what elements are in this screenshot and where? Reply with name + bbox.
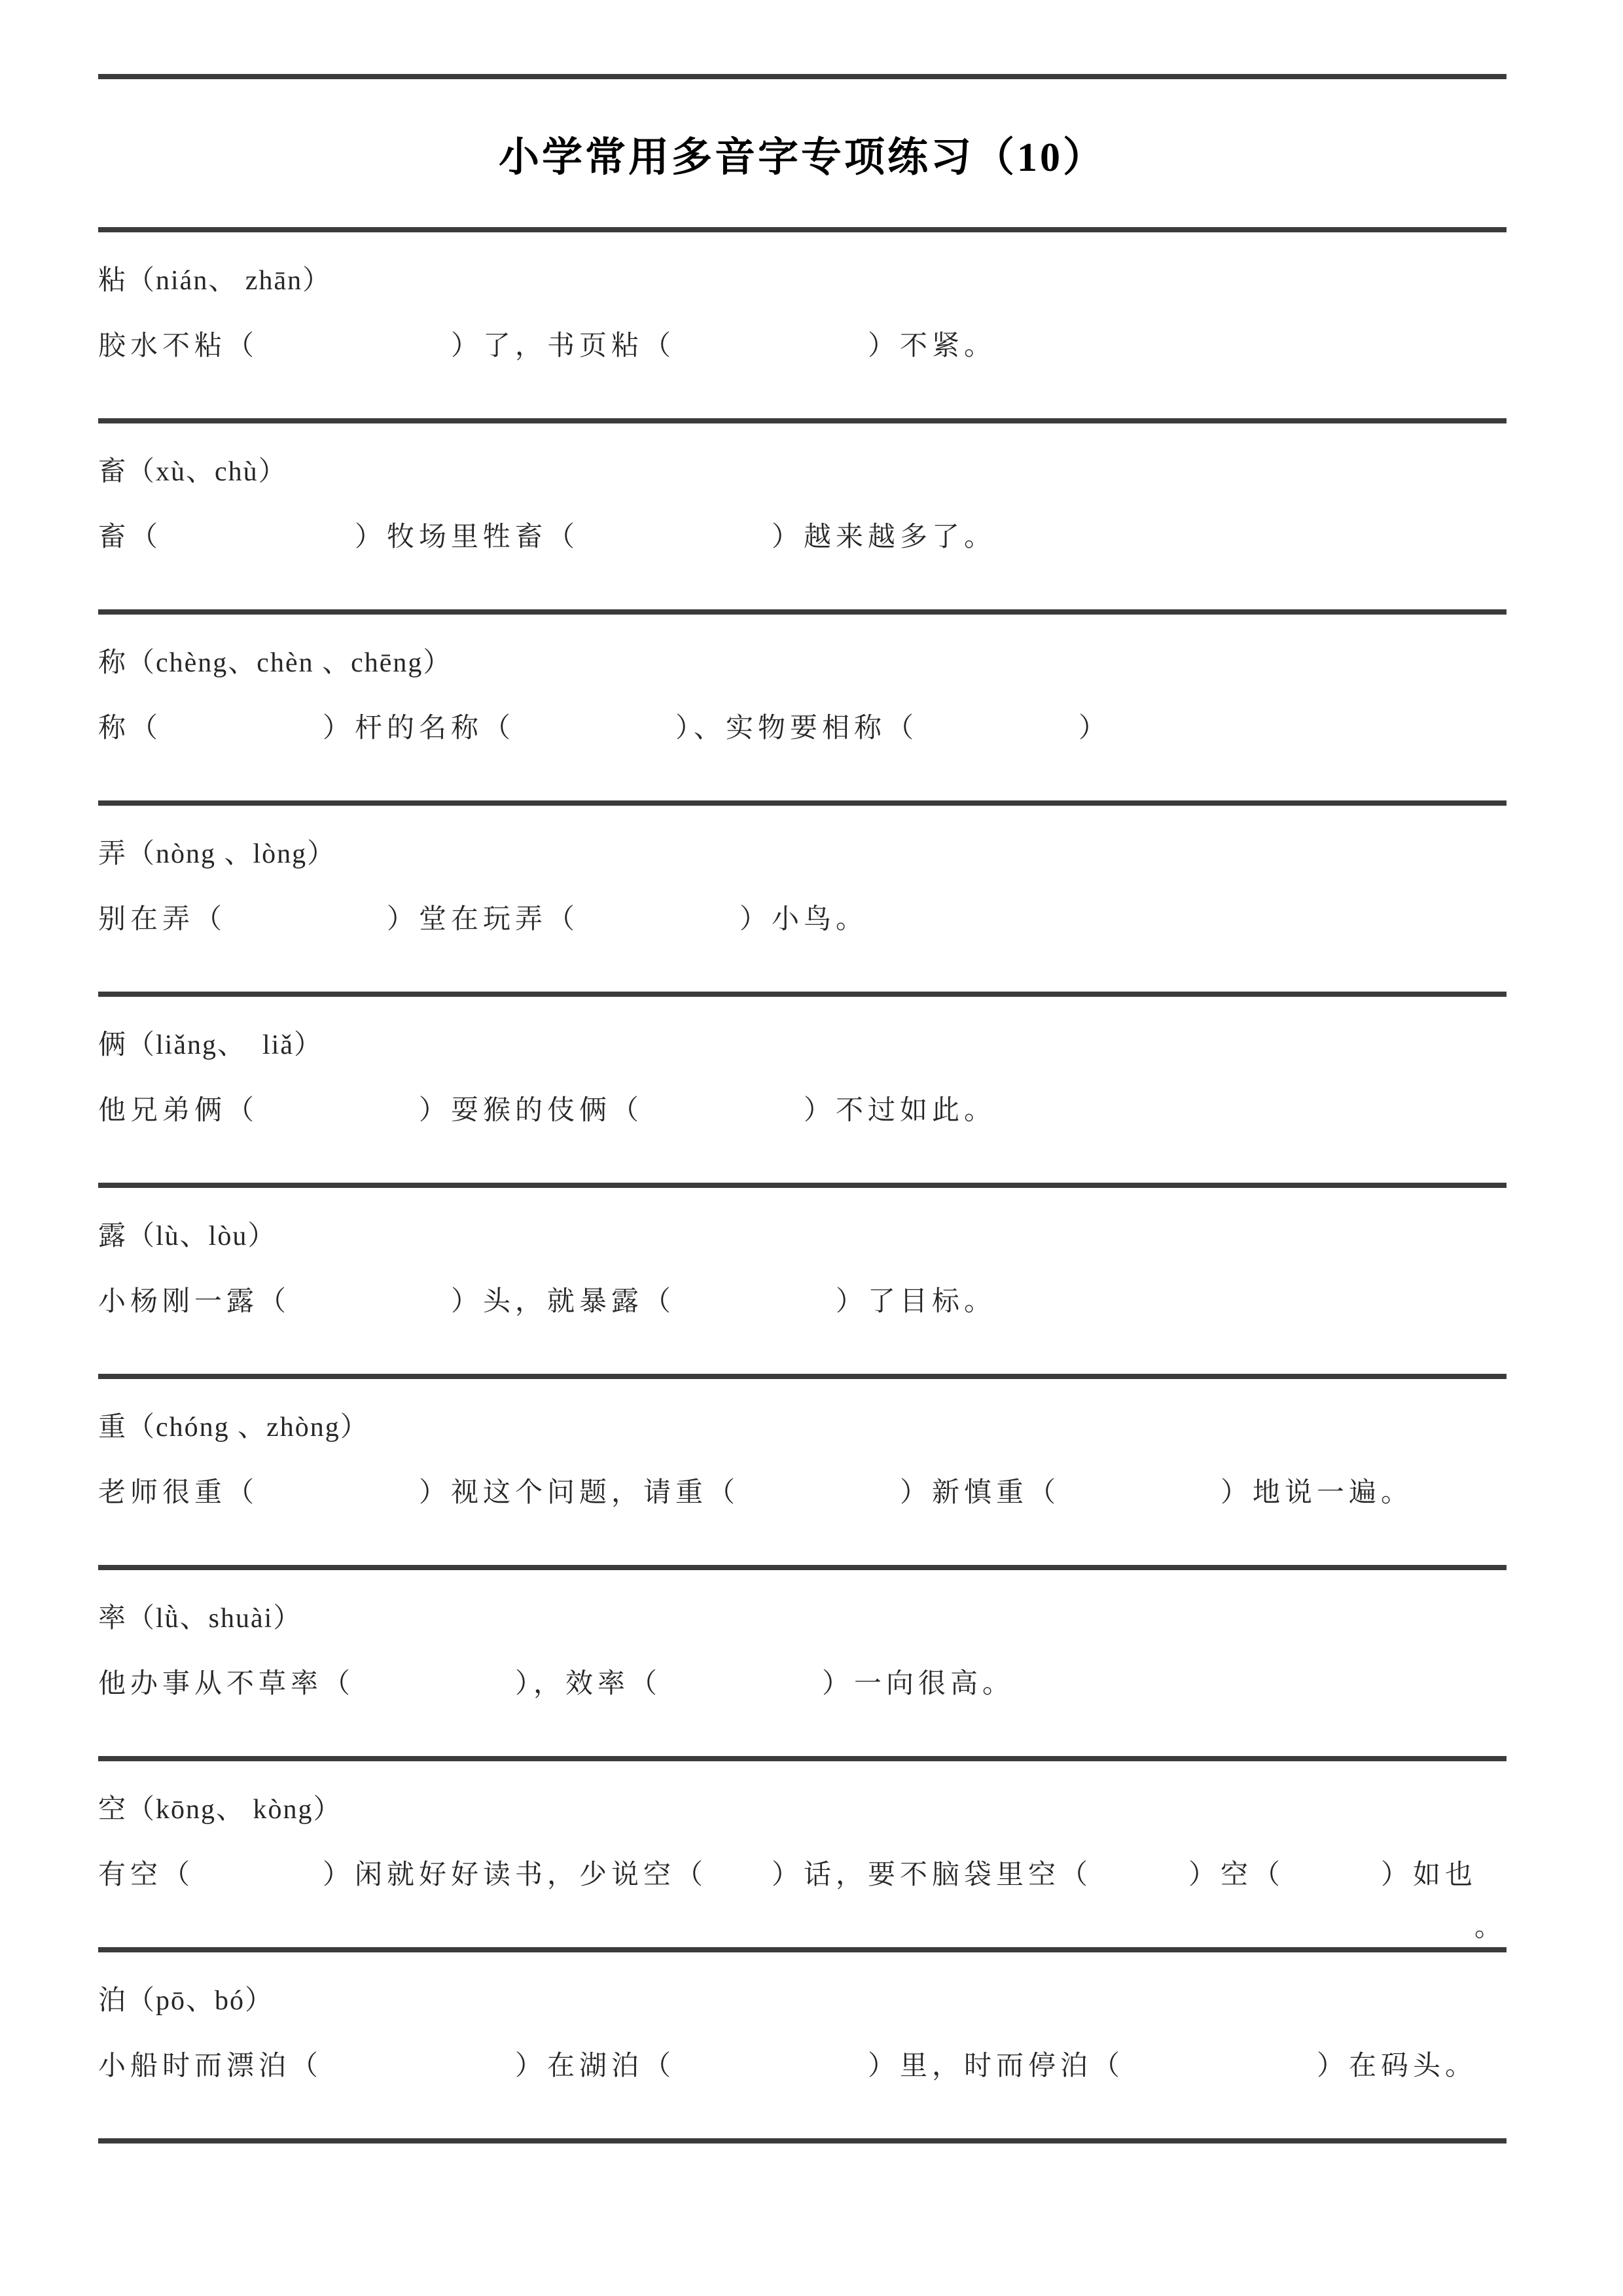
section-divider [98, 227, 1507, 232]
fill-blank-sentence: 小杨刚一露（ ）头，就暴露（ ）了目标。 [98, 1285, 1507, 1319]
fill-blank-sentence: 别在弄（ ）堂在玩弄（ ）小鸟。 [98, 903, 1507, 937]
section-item: 泊（pō、bó） 小船时而漂泊（ ）在湖泊（ ）里，时而停泊（ ）在码头。 [98, 1947, 1507, 2138]
top-divider [98, 74, 1507, 79]
section-heading: 称（chèng、chèn 、chēng） [98, 646, 1507, 680]
fill-blank-sentence: 小船时而漂泊（ ）在湖泊（ ）里，时而停泊（ ）在码头。 [98, 2049, 1507, 2083]
section-pinyin: （nián、 zhān） [127, 266, 331, 296]
section-word: 畜 [98, 457, 127, 487]
section-divider [98, 1565, 1507, 1570]
fill-blank-sentence: 有空（ ）闲就好好读书，少说空（ ）话，要不脑袋里空（ ）空（ ）如也 [98, 1858, 1507, 1892]
section-pinyin: （lǜ、shuài） [127, 1604, 302, 1634]
fill-blank-sentence: 胶水不粘（ ）了，书页粘（ ）不紧。 [98, 329, 1507, 363]
section-heading: 粘（nián、 zhān） [98, 264, 1507, 298]
section-divider [98, 609, 1507, 615]
fill-blank-sentence: 称（ ）杆的名称（ ）、实物要相称（ ） [98, 711, 1507, 745]
section-heading: 俩（liǎng、 liǎ） [98, 1028, 1507, 1062]
section-item: 俩（liǎng、 liǎ） 他兄弟俩（ ）耍猴的伎俩（ ）不过如此。 [98, 992, 1507, 1183]
section-divider [98, 800, 1507, 806]
section-item: 重（chóng 、zhòng） 老师很重（ ）视这个问题，请重（ ）新慎重（ ）… [98, 1374, 1507, 1565]
section-pinyin: （pō、bó） [127, 1986, 274, 2016]
section-word: 露 [98, 1221, 127, 1251]
section-item: 露（lù、lòu） 小杨刚一露（ ）头，就暴露（ ）了目标。 [98, 1183, 1507, 1374]
section-word: 泊 [98, 1986, 127, 2016]
section-word: 率 [98, 1604, 127, 1634]
section-heading: 泊（pō、bó） [98, 1984, 1507, 2018]
section-heading: 弄（nòng 、lòng） [98, 837, 1507, 871]
section-pinyin: （kōng、 kòng） [127, 1795, 342, 1825]
section-pinyin: （nòng 、lòng） [127, 839, 336, 869]
section-item: 空（kōng、 kòng） 有空（ ）闲就好好读书，少说空（ ）话，要不脑袋里空… [98, 1756, 1507, 1947]
section-item: 称（chèng、chèn 、chēng） 称（ ）杆的名称（ ）、实物要相称（ … [98, 609, 1507, 800]
section-heading: 重（chóng 、zhòng） [98, 1410, 1507, 1444]
section-word: 称 [98, 648, 127, 678]
section-pinyin: （liǎng、 liǎ） [127, 1030, 323, 1060]
section-item: 弄（nòng 、lòng） 别在弄（ ）堂在玩弄（ ）小鸟。 [98, 800, 1507, 992]
section-divider [98, 1947, 1507, 1952]
fill-blank-sentence: 他办事从不草率（ ），效率（ ）一向很高。 [98, 1667, 1507, 1701]
section-heading: 空（kōng、 kòng） [98, 1793, 1507, 1827]
section-pinyin: （xù、chù） [127, 457, 287, 487]
section-word: 粘 [98, 266, 127, 296]
fill-blank-sentence: 老师很重（ ）视这个问题，请重（ ）新慎重（ ）地说一遍。 [98, 1476, 1507, 1510]
worksheet-page: 小学常用多音字专项练习（10） 粘（nián、 zhān） 胶水不粘（ ）了，书… [0, 0, 1623, 2296]
section-heading: 露（lù、lòu） [98, 1219, 1507, 1253]
fill-blank-sentence: 。 [98, 1910, 1507, 1945]
section-item: 畜（xù、chù） 畜（ ）牧场里牲畜（ ）越来越多了。 [98, 418, 1507, 609]
section-pinyin: （chóng 、zhòng） [127, 1412, 369, 1443]
sections-list: 粘（nián、 zhān） 胶水不粘（ ）了，书页粘（ ）不紧。 畜（xù、ch… [98, 227, 1507, 2144]
section-word: 俩 [98, 1030, 127, 1060]
section-word: 弄 [98, 839, 127, 869]
section-pinyin: （lù、lòu） [127, 1221, 276, 1251]
section-divider [98, 1756, 1507, 1761]
page-title: 小学常用多音字专项练习（10） [499, 124, 1106, 183]
section-item: 粘（nián、 zhān） 胶水不粘（ ）了，书页粘（ ）不紧。 [98, 227, 1507, 418]
section-heading: 畜（xù、chù） [98, 455, 1507, 489]
worksheet-content: 小学常用多音字专项练习（10） 粘（nián、 zhān） 胶水不粘（ ）了，书… [98, 74, 1507, 2144]
section-item: 率（lǜ、shuài） 他办事从不草率（ ），效率（ ）一向很高。 [98, 1565, 1507, 1756]
bottom-divider [98, 2138, 1507, 2144]
section-divider [98, 418, 1507, 423]
title-block: 小学常用多音字专项练习（10） [98, 79, 1507, 227]
section-divider [98, 1183, 1507, 1188]
fill-blank-sentence: 畜（ ）牧场里牲畜（ ）越来越多了。 [98, 520, 1507, 554]
section-divider [98, 992, 1507, 997]
section-pinyin: （chèng、chèn 、chēng） [127, 648, 452, 678]
section-word: 重 [98, 1412, 127, 1443]
section-word: 空 [98, 1795, 127, 1825]
section-heading: 率（lǜ、shuài） [98, 1602, 1507, 1636]
section-divider [98, 1374, 1507, 1379]
fill-blank-sentence: 他兄弟俩（ ）耍猴的伎俩（ ）不过如此。 [98, 1094, 1507, 1128]
